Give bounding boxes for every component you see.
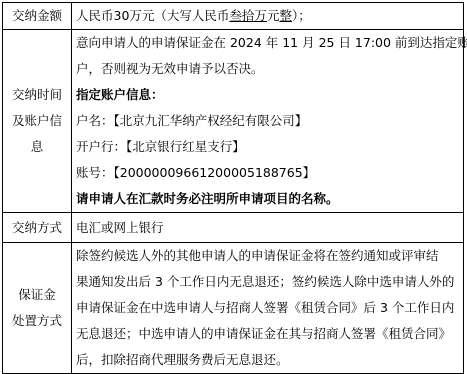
- account-number: 账号：【20000009661200005188765】: [76, 160, 459, 186]
- deadline-line-2: 户，否则视为无效申请予以否决。: [76, 56, 459, 82]
- amount-suffix: ）；: [292, 8, 311, 23]
- deadline-line-1: 意向申请人的申请保证金在 2024 年 11 月 25 日 17:00 前到达指…: [76, 30, 459, 56]
- value-deposit-disposal: 除签约候选人外的其他申请人的申请保证金将在签约通知或评审结 果通知发出后 3 个…: [72, 243, 464, 363]
- remittance-note: 请申请人在汇款时务必注明所申请项目的名称。: [76, 186, 459, 212]
- row-deposit-disposal: 保证金 处置方式 除签约候选人外的其他申请人的申请保证金将在签约通知或评审结 果…: [3, 243, 464, 363]
- label-line-2: 处置方式: [7, 308, 67, 334]
- label-line-2: 及账户信: [7, 108, 67, 134]
- row-payment-amount: 交纳金额 人民币30万元（大写人民币叁拾万元整）；: [3, 3, 464, 30]
- row-payment-method: 交纳方式 电汇或网上银行: [3, 213, 464, 243]
- value-payment-method: 电汇或网上银行: [72, 213, 464, 243]
- disposal-line-5: 后，扣除招商代理服务费后无息退还。: [76, 347, 459, 362]
- amount-prefix: 人民币30万元（大写人民币: [76, 8, 229, 23]
- value-payment-amount: 人民币30万元（大写人民币叁拾万元整）；: [72, 3, 464, 30]
- label-payment-amount: 交纳金额: [3, 3, 72, 30]
- disposal-line-2: 果通知发出后 3 个工作日内无息退还；签约候选人除中选申请人外的: [76, 269, 459, 295]
- disposal-line-4: 无息退还；中选申请人的申请保证金在其与招商人签署《租赁合同》: [76, 321, 459, 347]
- label-payment-method: 交纳方式: [3, 213, 72, 243]
- label-line-1: 交纳时间: [7, 82, 67, 108]
- amount-zheng-underlined: 整: [279, 8, 292, 23]
- label-deposit-disposal: 保证金 处置方式: [3, 243, 72, 363]
- row-payment-time-account: 交纳时间 及账户信 息 意向申请人的申请保证金在 2024 年 11 月 25 …: [3, 30, 464, 213]
- deposit-info-table: 交纳金额 人民币30万元（大写人民币叁拾万元整）； 交纳时间 及账户信 息 意向…: [2, 2, 464, 362]
- amount-capital-underlined: 叁拾万: [229, 8, 267, 23]
- disposal-line-3: 申请保证金在中选申请人与招商人签署《租赁合同》后 3 个工作日内: [76, 295, 459, 321]
- disposal-line-1: 除签约候选人外的其他申请人的申请保证金将在签约通知或评审结: [76, 243, 459, 269]
- label-payment-time-account: 交纳时间 及账户信 息: [3, 30, 72, 213]
- amount-mid: 元: [267, 8, 280, 23]
- label-line-3: 息: [7, 134, 67, 160]
- account-name: 户名：【北京九汇华纳产权经纪有限公司】: [76, 108, 459, 134]
- account-heading: 指定账户信息：: [76, 82, 459, 108]
- account-bank: 开户行：【北京银行红星支行】: [76, 134, 459, 160]
- label-line-1: 保证金: [7, 282, 67, 308]
- value-payment-time-account: 意向申请人的申请保证金在 2024 年 11 月 25 日 17:00 前到达指…: [72, 30, 464, 213]
